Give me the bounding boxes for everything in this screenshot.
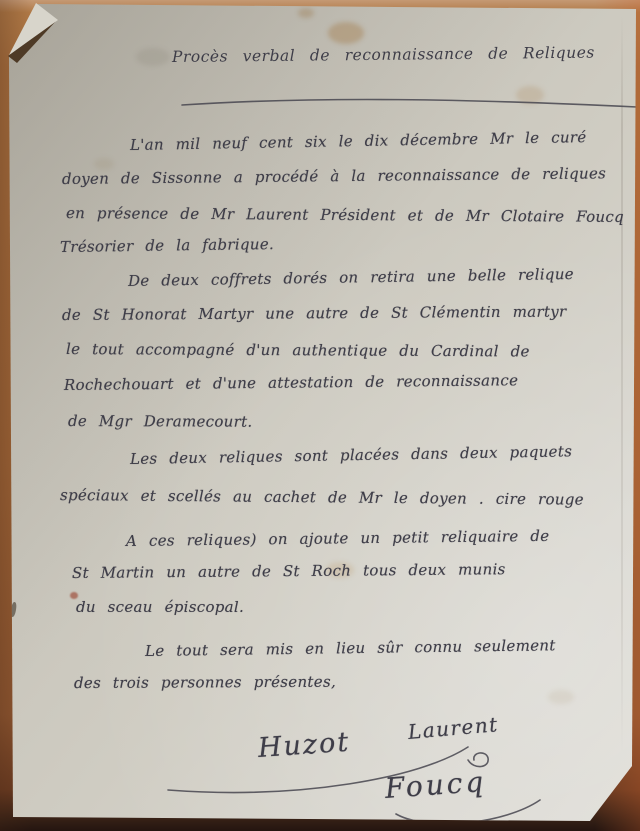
manuscript-line: en présence de Mr Laurent Président et d… — [66, 204, 624, 226]
manuscript-line: St Martin un autre de St Roch tous deux … — [72, 560, 506, 582]
manuscript-page: Procès verbal de reconnaissance de Reliq… — [0, 0, 640, 831]
manuscript-line: des trois personnes présentes, — [74, 673, 336, 692]
paper-edge-nick — [9, 646, 13, 655]
manuscript-line: Les deux reliques sont placées dans deux… — [130, 442, 572, 468]
signature-1: Huzot — [257, 727, 351, 764]
manuscript-line: A ces reliques) on ajoute un petit reliq… — [126, 527, 550, 550]
manuscript-line: Trésorier de la fabrique. — [60, 235, 274, 256]
manuscript-line: Rochechouart et d'une attestation de rec… — [64, 371, 518, 394]
document-title: Procès verbal de reconnaissance de Reliq… — [172, 44, 595, 66]
handwriting-layer: Procès verbal de reconnaissance de Reliq… — [0, 0, 640, 831]
manuscript-line: L'an mil neuf cent six le dix décembre M… — [130, 128, 587, 154]
signature-3: Foucq — [384, 765, 487, 805]
signature-flourish — [396, 800, 540, 824]
title-underline — [182, 99, 637, 107]
manuscript-line: doyen de Sissonne a procédé à la reconna… — [62, 164, 606, 188]
signature-2: Laurent — [407, 712, 500, 744]
photo-background: Procès verbal de reconnaissance de Reliq… — [0, 0, 640, 831]
manuscript-line: de Mgr Deramecourt. — [68, 412, 253, 431]
manuscript-line: de St Honorat Martyr une autre de St Clé… — [62, 302, 567, 324]
manuscript-line: le tout accompagné d'un authentique du C… — [66, 340, 530, 360]
manuscript-line: spéciaux et scellés au cachet de Mr le d… — [60, 486, 584, 509]
manuscript-line: De deux coffrets dorés on retira une bel… — [128, 265, 574, 290]
manuscript-line: Le tout sera mis en lieu sûr connu seule… — [145, 636, 556, 660]
manuscript-line: du sceau épiscopal. — [76, 598, 244, 616]
